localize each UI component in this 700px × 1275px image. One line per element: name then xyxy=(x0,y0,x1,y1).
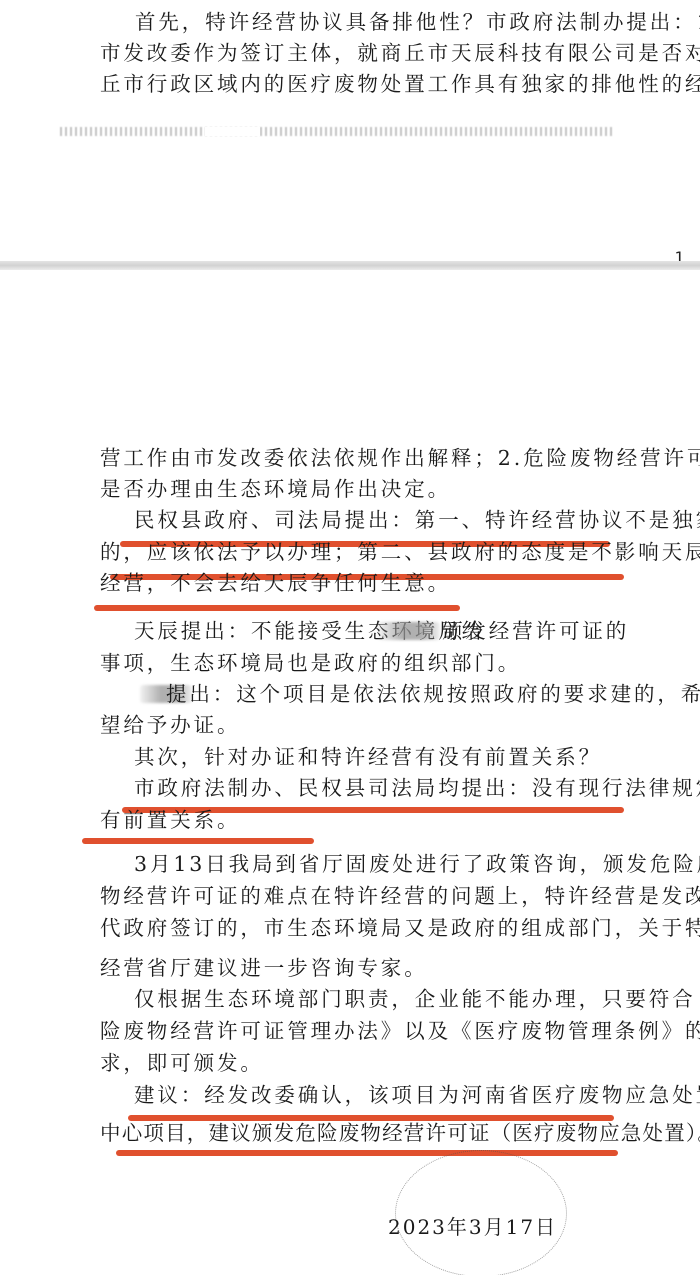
paragraph-line: 经营省厅建议进一步咨询专家。 xyxy=(100,956,428,980)
paragraph-line: 丘市行政区域内的医疗废物处置工作具有独家的排他性的经 xyxy=(100,72,700,96)
highlighted-line: 建议：经发改委确认，该项目为河南省医疗废物应急处置 xyxy=(134,1083,700,1107)
highlighted-line: 民权县政府、司法局提出：第一、特许经营协议不是独家 xyxy=(134,508,700,532)
page-separator xyxy=(0,261,700,270)
document-date: 2023年3月17日 xyxy=(388,1211,557,1240)
paragraph-line: 仅根据生态环境部门职责，企业能不能办理，只要符合《危 xyxy=(134,987,700,1011)
paragraph-line: 物经营许可证的难点在特许经营的问题上，特许经营是发改委 xyxy=(100,884,700,908)
red-underline xyxy=(116,1150,618,1156)
paragraph-line: 营工作由市发改委依法依规作出解释；2.危险废物经营许可证 xyxy=(100,446,700,470)
paragraph-line: 3月13日我局到省厅固废处进行了政策咨询，颁发危险废 xyxy=(134,852,700,876)
paragraph-line: 代政府签订的，市生态环境局又是政府的组成部门，关于特许 xyxy=(100,916,700,940)
paragraph-line: 市发改委作为签订主体，就商丘市天辰科技有限公司是否对商 xyxy=(100,41,700,65)
paragraph-line: 提出：这个项目是依法依规按照政府的要求建的，希 xyxy=(166,682,700,706)
highlighted-line: 有前置关系。 xyxy=(100,808,240,832)
paragraph-line: 其次，针对办证和特许经营有没有前置关系？ xyxy=(134,745,602,769)
highlighted-line: 中心项目，建议颁发危险废物经营许可证（医疗废物应急处置）。 xyxy=(100,1121,700,1145)
paragraph-line: 颁发经营许可证的 xyxy=(442,619,629,643)
red-underline xyxy=(94,605,460,611)
paragraph-line: 事项，生态环境局也是政府的组织部门。 xyxy=(100,651,521,675)
paragraph-line: 是否办理由生态环境局作出决定。 xyxy=(100,477,451,501)
paragraph-line: 首先，特许经营协议具备排他性？市政府法制办提出：1. xyxy=(135,10,700,34)
document-page-1: 首先，特许经营协议具备排他性？市政府法制办提出：1. 市发改委作为签订主体，就商… xyxy=(0,0,700,262)
highlighted-line: 经营，不会去给天辰争任何生意。 xyxy=(100,571,451,595)
paragraph-line: 望给予办证。 xyxy=(100,713,240,737)
redacted-name xyxy=(378,622,440,640)
scan-artifact-gap xyxy=(205,127,260,136)
scan-artifact-strip xyxy=(60,127,615,136)
paragraph-line: 求，即可颁发。 xyxy=(100,1051,264,1075)
paragraph-line: 险废物经营许可证管理办法》以及《医疗废物管理条例》的要 xyxy=(100,1019,700,1043)
highlighted-line: 市政府法制办、民权县司法局均提出：没有现行法律规定 xyxy=(134,776,700,800)
red-underline xyxy=(82,838,314,844)
highlighted-line: 的，应该依法予以办理；第二、县政府的态度是不影响天辰的 xyxy=(100,540,700,564)
